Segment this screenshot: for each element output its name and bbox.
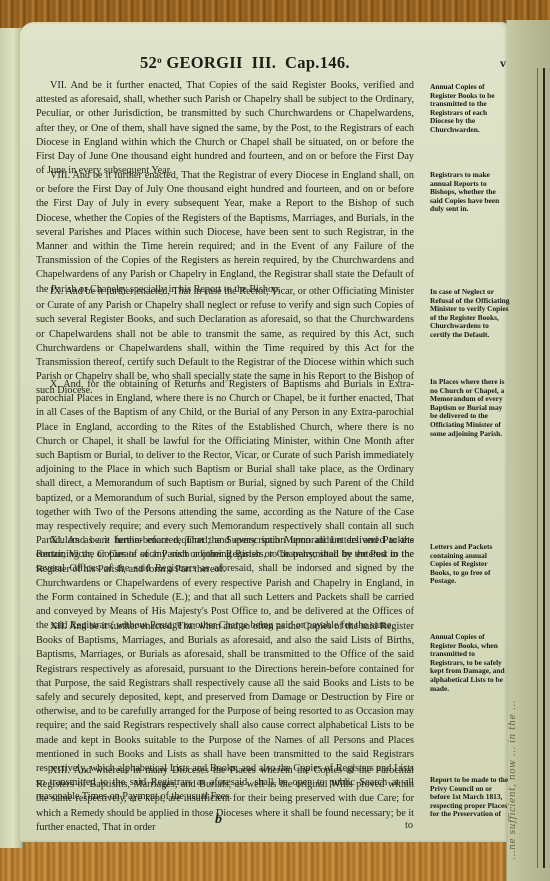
section-xiii: XIII. And whereas in many Dioceses the P…	[36, 764, 414, 835]
margin-note-x: In Places where there is no Church or Ch…	[430, 378, 510, 438]
section-xi: XI. And be it further enacted, That the …	[36, 534, 414, 633]
catchword: to	[405, 820, 413, 831]
title-main: GEORGII	[166, 53, 242, 72]
section-vii: VII. And be it further enacted, That Cop…	[36, 79, 414, 178]
margin-note-ix: In case of Neglect or Refusal of the Off…	[430, 288, 510, 340]
margin-note-xiii: Report to be made to the Privy Council o…	[430, 776, 510, 819]
title-numeral: III.	[252, 53, 277, 72]
margin-note-viii: Registrars to make annual Reports to Bis…	[430, 171, 510, 214]
page-number: v	[500, 56, 506, 71]
margin-note-xii: Annual Copies of Register Books, when tr…	[430, 633, 510, 693]
section-viii: VIII. And be it further enacted, That th…	[36, 169, 414, 297]
regnal-year: 52	[140, 53, 157, 72]
signature-mark: b	[215, 812, 222, 828]
act-title: 52o GEORGII III. Cap.146.	[140, 53, 350, 73]
handwritten-annotation: ...ne sufficient, now ... in the ...	[508, 660, 548, 860]
chapter-number: Cap.146.	[285, 53, 350, 72]
running-header: 52o GEORGII III. Cap.146. v	[0, 53, 550, 77]
margin-note-vii: Annual Copies of Register Books to be tr…	[430, 83, 510, 135]
margin-note-xi: Letters and Packets containing annual Co…	[430, 543, 510, 586]
regnal-suffix: o	[157, 55, 162, 65]
